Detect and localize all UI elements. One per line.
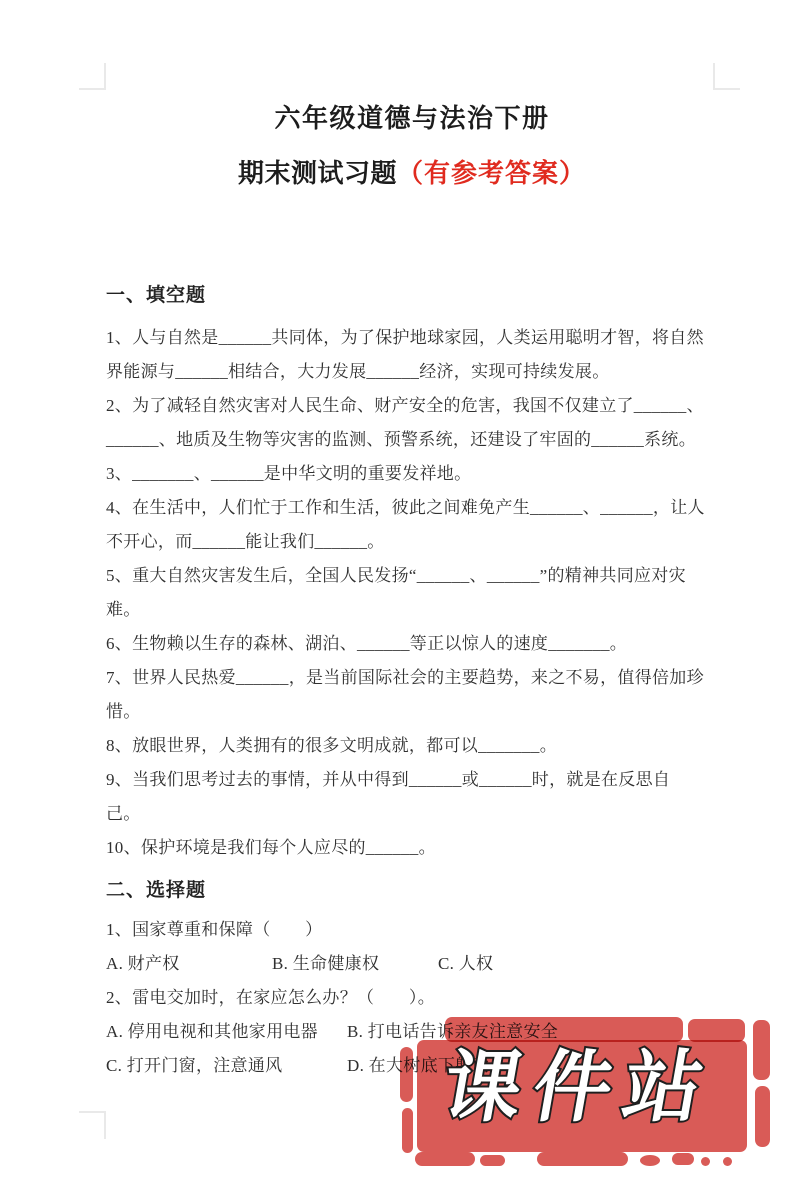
option-a: A. 财产权 bbox=[106, 947, 180, 981]
option-b: B. 生命健康权 bbox=[272, 947, 379, 981]
fill-line: 难。 bbox=[106, 593, 718, 627]
margin-mark-top-right-horizontal bbox=[713, 88, 740, 90]
document-subtitle: 期末测试习题（有参考答案） bbox=[106, 153, 718, 190]
option-c: C. 人权 bbox=[438, 947, 493, 981]
section-heading-fill-in-blank: 一、填空题 bbox=[106, 279, 718, 313]
margin-mark-bottom-left-vertical bbox=[104, 1111, 106, 1139]
document-title: 六年级道德与法治下册 bbox=[106, 98, 718, 135]
stamp-border-segment bbox=[480, 1155, 505, 1166]
stamp-border-segment bbox=[701, 1157, 710, 1166]
fill-line: 8、放眼世界，人类拥有的很多文明成就，都可以_______。 bbox=[106, 729, 718, 763]
stamp-text-graphic: 课件站 bbox=[416, 1040, 743, 1134]
margin-mark-top-right-vertical bbox=[713, 63, 715, 90]
fill-line: 1、人与自然是______共同体，为了保护地球家园，人类运用聪明才智，将自然 bbox=[106, 321, 718, 355]
document-body: 一、填空题 1、人与自然是______共同体，为了保护地球家园，人类运用聪明才智… bbox=[106, 279, 718, 1083]
margin-mark-top-left-vertical bbox=[104, 63, 106, 90]
choice-options-row: A. 财产权 B. 生命健康权 C. 人权 bbox=[106, 947, 718, 981]
fill-line: 2、为了减轻自然灾害对人民生命、财产安全的危害，我国不仅建立了______、 bbox=[106, 389, 718, 423]
choice-question: 1、国家尊重和保障（ ） bbox=[106, 913, 718, 947]
stamp-border-segment bbox=[672, 1153, 694, 1165]
stamp-border-segment bbox=[755, 1086, 770, 1147]
stamp-border-segment bbox=[415, 1152, 475, 1166]
fill-line: 己。 bbox=[106, 797, 718, 831]
fill-line: 不开心，而______能让我们______。 bbox=[106, 525, 718, 559]
stamp-border-segment bbox=[400, 1047, 413, 1102]
stamp-border-segment bbox=[402, 1108, 413, 1153]
stamp-border-segment bbox=[537, 1152, 628, 1166]
fill-line: 4、在生活中，人们忙于工作和生活，彼此之间难免产生______、______，让… bbox=[106, 491, 718, 525]
choice-question: 2、雷电交加时，在家应怎么办？（ ）。 bbox=[106, 981, 718, 1015]
stamp-border-segment bbox=[753, 1020, 770, 1080]
stamp-watermark: 课件站 bbox=[396, 1012, 800, 1182]
fill-line: 3、_______、______是中华文明的重要发祥地。 bbox=[106, 457, 718, 491]
fill-line: 7、世界人民热爱______，是当前国际社会的主要趋势，来之不易，值得倍加珍 bbox=[106, 661, 718, 695]
fill-line: ______、地质及生物等灾害的监测、预警系统，还建设了牢固的______系统。 bbox=[106, 423, 718, 457]
document-page: 六年级道德与法治下册 期末测试习题（有参考答案） 一、填空题 1、人与自然是__… bbox=[0, 0, 800, 1200]
subtitle-answer-note: （有参考答案） bbox=[397, 158, 586, 188]
fill-line: 惜。 bbox=[106, 695, 718, 729]
stamp-fill bbox=[445, 1017, 683, 1042]
option-c: C. 打开门窗，注意通风 bbox=[106, 1049, 282, 1083]
stamp-border-segment bbox=[640, 1155, 660, 1166]
fill-line: 5、重大自然灾害发生后，全国人民发扬“______、______”的精神共同应对… bbox=[106, 559, 718, 593]
section-heading-multiple-choice: 二、选择题 bbox=[106, 874, 718, 908]
stamp-text: 课件站 bbox=[436, 1042, 722, 1133]
stamp-border-segment bbox=[723, 1157, 732, 1166]
fill-line: 6、生物赖以生存的森林、湖泊、______等正以惊人的速度_______。 bbox=[106, 627, 718, 661]
fill-line: 界能源与______相结合，大力发展______经济，实现可持续发展。 bbox=[106, 355, 718, 389]
subtitle-main: 期末测试习题 bbox=[238, 159, 397, 188]
margin-mark-top-left-horizontal bbox=[79, 88, 106, 90]
stamp-fill bbox=[688, 1019, 745, 1042]
option-a: A. 停用电视和其他家用电器 bbox=[106, 1015, 318, 1049]
fill-line: 10、保护环境是我们每个人应尽的______。 bbox=[106, 831, 718, 865]
fill-line: 9、当我们思考过去的事情，并从中得到______或______时，就是在反思自 bbox=[106, 763, 718, 797]
margin-mark-bottom-left-horizontal bbox=[79, 1111, 106, 1113]
